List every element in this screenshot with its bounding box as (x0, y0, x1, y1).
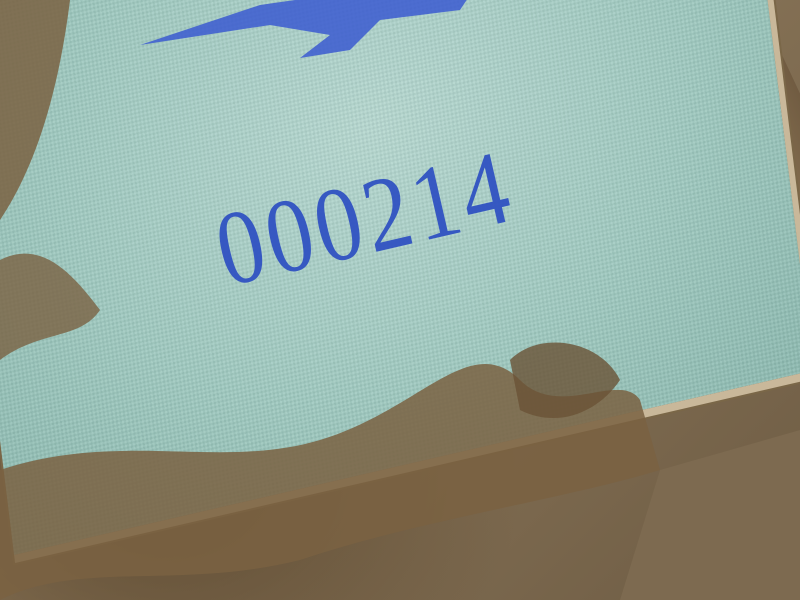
ornament-vines-icon (0, 0, 800, 600)
banknote-photo: 000214 (0, 0, 800, 600)
